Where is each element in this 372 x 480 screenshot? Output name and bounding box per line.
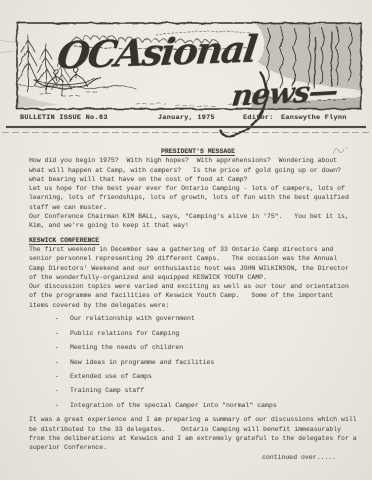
discussion-topics-list: -Our relationship with government -Publi…: [29, 314, 367, 410]
list-bullet-dash: -: [55, 358, 70, 367]
list-bullet-dash: -: [55, 401, 70, 410]
list-item: -New ideas in programme and facilities: [55, 358, 367, 367]
list-item: -Meeting the needs of children: [55, 343, 367, 352]
paragraph: It was a great experience and I am prepa…: [29, 415, 367, 452]
paragraph: The first weekend in December saw a gath…: [29, 245, 367, 282]
paragraph: Our Conference Chairman KIM BALL, says, …: [29, 212, 367, 231]
list-bullet-dash: -: [55, 329, 70, 338]
bulletin-issue-label: BULLETIN ISSUE No.:: [20, 114, 103, 122]
list-item: -Integration of the special Camper into …: [55, 401, 367, 410]
list-item-text: Public relations for Camping: [70, 329, 179, 338]
continued-note: continued over.....: [29, 453, 367, 462]
editor-name: Eanswythe Flynn: [281, 114, 347, 122]
issue-number: 63: [99, 114, 108, 122]
list-item-text: Our relationship with government: [70, 314, 195, 323]
list-item: -Our relationship with government: [55, 314, 367, 323]
list-item-text: New ideas in programme and facilities: [70, 358, 214, 367]
list-bullet-dash: -: [55, 372, 70, 381]
list-item-text: Extended use of Camps: [70, 372, 152, 381]
paragraph: Let us hope for the best year ever for O…: [29, 184, 367, 212]
section-heading-keswick-conference: KESWICK CONFERENCE: [29, 236, 367, 245]
editor-label: Editor:: [243, 114, 274, 122]
list-item-text: Integration of the special Camper into "…: [70, 401, 277, 410]
list-bullet-dash: -: [55, 343, 70, 352]
list-item: -Extended use of Camps: [55, 372, 367, 381]
list-item-text: Meeting the needs of children: [70, 343, 183, 352]
paragraph: How did you begin 1975? With high hopes?…: [29, 156, 367, 184]
issue-date: January, 1975: [158, 114, 215, 122]
newsletter-body: PRESIDENT'S MESSAGE How did you begin 19…: [29, 147, 367, 462]
scanned-newsletter-page: OCAsional news— BULLETIN ISSUE No.: 63 J…: [0, 0, 372, 480]
list-item: -Training Camp staff: [55, 386, 367, 395]
list-item-text: Training Camp staff: [70, 386, 144, 395]
list-bullet-dash: -: [55, 386, 70, 395]
scan-scratch-line: [0, 51, 15, 53]
masthead-rule-light: [2, 132, 370, 133]
list-bullet-dash: -: [55, 314, 70, 323]
paragraph: Our discussion topics were varied and ex…: [29, 282, 367, 310]
section-heading-presidents-message: PRESIDENT'S MESSAGE: [29, 147, 367, 156]
list-item: -Public relations for Camping: [55, 329, 367, 338]
masthead-rule-dark: [6, 126, 366, 128]
script-flourish-tail: [180, 66, 300, 150]
